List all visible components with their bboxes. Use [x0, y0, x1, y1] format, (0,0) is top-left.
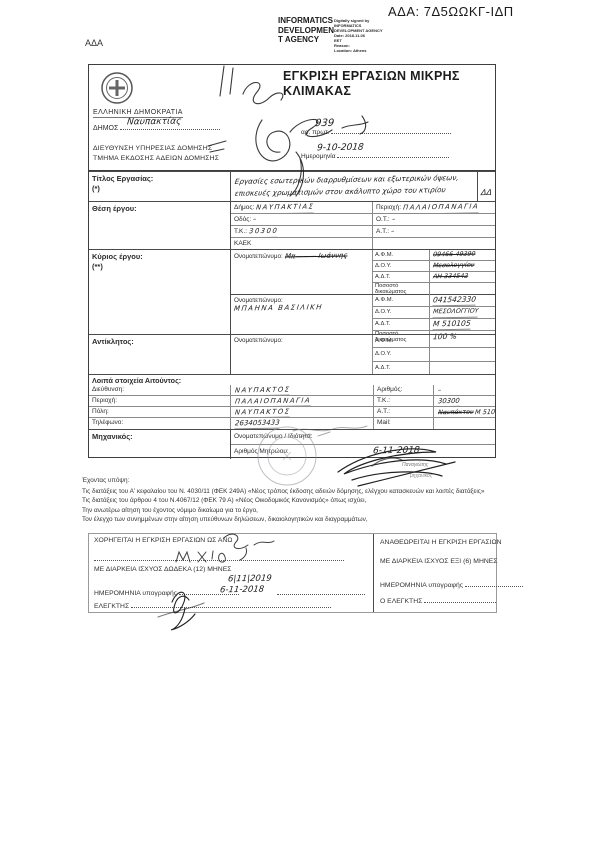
other-field-label: Α.Τ.: [374, 407, 434, 417]
date-handwritten: 9-10-2018 [316, 143, 364, 154]
inspector-line: ΕΛΕΓΚΤΗΣ [94, 601, 365, 610]
other-details-rows: Διεύθυνση: ΝΑΥΠΑΚΤΟΣ Αριθμός: – Περιοχή:… [89, 385, 495, 429]
other-field-value: 2634053433 [234, 418, 280, 429]
owner-label: Κύριος έργου: (**) [89, 250, 231, 334]
ada-code: ΑΔΑ: 7Δ5ΩΩΚΓ-ΙΔΠ [388, 4, 514, 19]
loc-field-label: Δήμος: [234, 204, 254, 211]
footnote-line: Την ανωτέρω αίτηση του έχοντος νόμιμο δι… [82, 506, 512, 516]
field-share-label: Ποσοστό δικαιώματος [373, 283, 430, 296]
owner-name-label: Ονοματεπώνυμο: [234, 253, 283, 260]
stamp-agency-line: T AGENCY [278, 35, 334, 45]
label-asterisk: (**) [92, 262, 227, 272]
location-row: Δήμος: ΝΑΥΠΑΚΤΙΑΣ Περιοχή: ΠΑΛΑΙΟΠΑΝΑΓΙΑ [231, 202, 495, 214]
field-afm-label: Α.Φ.Μ. [373, 295, 430, 306]
greek-emblem-icon [99, 70, 135, 106]
other-row: Πόλη: ΝΑΥΠΑΚΤΟΣ Α.Τ.: Ναυπάκτου Μ 510105 [89, 407, 495, 418]
field-doy-label: Δ.Ο.Υ. [373, 348, 430, 360]
corner-handwritten: ΔΔ [481, 188, 493, 197]
mechanic-registry-handwritten: 6-11-2018 [372, 444, 420, 459]
digital-signature-details: Digitally signed by INFORMATICS DEVELOPM… [334, 18, 383, 53]
signer-name: Παναγιώτης [402, 462, 428, 468]
approval-left: ΧΟΡΗΓΕΙΤΑΙ Η ΕΓΚΡΙΣΗ ΕΡΓΑΣΙΩΝ ΩΣ ΑΝΩ ΜΕ … [89, 534, 374, 612]
antiklitos-label: Αντίκλητος: [89, 335, 231, 374]
loc-field-value: – [252, 214, 256, 225]
antiklitos-name-label: Ονοματεπώνυμο: [234, 337, 283, 344]
field-doy-value: ΜΕΣΟΛΟΓΓΙΟΥ [432, 307, 479, 319]
approval-form: ΕΛΛΗΝΙΚΗ ΔΗΜΟΚΡΑΤΙΑ ΔΗΜΟΣ Ναυπακτίας ΔΙΕ… [88, 64, 496, 458]
inspector-line: Ο ΕΛΕΓΚΤΗΣ [380, 596, 523, 605]
dotted-leader-line [94, 554, 365, 563]
form-title: ΕΓΚΡΙΣΗ ΕΡΓΑΣΙΩΝ ΜΙΚΡΗΣ ΚΛΙΜΑΚΑΣ [283, 69, 489, 99]
ada-margin-label: ΑΔΑ [85, 38, 103, 48]
protocol-label: αρ. πρωτ. [301, 129, 330, 136]
field-afm-label: Α.Φ.Μ. [373, 335, 430, 347]
row-antiklitos: Αντίκλητος: Ονοματεπώνυμο: Α.Φ.Μ. Δ.Ο.Υ.… [89, 334, 495, 374]
other-field-value: Μ 510105 [475, 407, 495, 417]
other-field-value: ΠΑΛΑΙΟΠΑΝΑΓΙΑ [234, 396, 311, 406]
loc-field-label: Οδός: [234, 216, 251, 223]
location-row: Οδός: – Ο.Τ.: – [231, 214, 495, 226]
loc-field-label: Τ.Κ.: [234, 228, 247, 235]
form-header: ΕΛΛΗΝΙΚΗ ΔΗΜΟΚΡΑΤΙΑ ΔΗΜΟΣ Ναυπακτίας ΔΙΕ… [89, 65, 495, 171]
approval-right: ΑΝΑΘΕΩΡΕΙΤΑΙ Η ΕΓΚΡΙΣΗ ΕΡΓΑΣΙΩΝ ΜΕ ΔΙΑΡΚ… [374, 534, 529, 612]
grant-line: ΧΟΡΗΓΕΙΤΑΙ Η ΕΓΚΡΙΣΗ ΕΡΓΑΣΙΩΝ ΩΣ ΑΝΩ [94, 537, 365, 544]
duration-line: ΜΕ ΔΙΑΡΚΕΙΑ ΙΣΧΥΟΣ ΕΞΙ (6) ΜΗΝΕΣ [380, 558, 523, 565]
other-field-value: 30300 [437, 396, 460, 406]
footnote-line: Τον έλεγχο των συνημμένων στην αίτηση υπ… [82, 515, 512, 525]
municipality-label: ΔΗΜΟΣ [93, 125, 118, 132]
work-title-label: Τίτλος Εργασίας: (*) [89, 172, 231, 201]
mechanic-registry-line: Αριθμός Μητρώου: 6-11-2018 [231, 445, 495, 460]
loc-field-label: Περιοχή: [376, 204, 401, 211]
other-field-label: Mail: [374, 418, 434, 429]
stamp-agency-line: INFORMATICS [278, 16, 334, 26]
valid-until-handwritten: 6|11|2019 [227, 574, 272, 585]
other-field-value: ΝΑΥΠΑΚΤΟΣ [234, 385, 291, 395]
other-field-label: Πόλη: [89, 407, 231, 417]
location-label: Θέση έργου: [89, 202, 231, 249]
row-mechanic: Μηχανικός: Ονοματεπώνυμο / Ιδιότητα: Αρι… [89, 429, 495, 459]
mechanic-name-label: Ονοματεπώνυμο / Ιδιότητα: [234, 433, 313, 440]
field-adt-value: Μ 510105 [432, 319, 471, 331]
protocol-handwritten: 939 [314, 118, 334, 129]
sign-date-handwritten: 6-11-2018 [219, 585, 264, 596]
loc-field-label: ΚΑΕΚ [234, 240, 251, 247]
field-afm-value: 041542330 [432, 295, 476, 307]
footnote-line: Τις διατάξεις του άρθρου 4 του Ν.4067/12… [82, 496, 512, 506]
other-field-label: Περιοχή: [89, 396, 231, 406]
field-doy-label: Δ.Ο.Υ. [373, 261, 430, 271]
stamp-agency-line: DEVELOPMEN [278, 26, 334, 36]
loc-field-value: – [390, 226, 394, 237]
work-title-handwritten: Εργασίες εσωτερικών διαρρυθμίσεων και εξ… [231, 172, 477, 201]
field-adt-label: Α.Δ.Τ. [373, 362, 430, 374]
sign-date-line: ΗΜΕΡΟΜΗΝΙΑ υπογραφής [380, 580, 523, 589]
loc-field-value: 30300 [248, 226, 278, 237]
other-field-label: Αριθμός: [374, 385, 434, 395]
row-work-title: Τίτλος Εργασίας: (*) Εργασίες εσωτερικών… [89, 171, 495, 201]
loc-field-value: – [391, 214, 395, 225]
owner-name-value: Μπ——— Ιωάννης [284, 251, 347, 260]
loc-field-label: Ο.Τ.: [376, 216, 390, 223]
row-owner: Κύριος έργου: (**) Ονοματεπώνυμο: Μπ——— … [89, 249, 495, 334]
field-afm-label: Α.Φ.Μ. [373, 250, 430, 260]
other-field-value: – [437, 385, 441, 395]
municipality-handwritten: Ναυπακτίας [126, 117, 181, 128]
other-field-label: Τ.Κ.: [374, 396, 434, 406]
other-field-value-struck: Ναυπάκτου [437, 408, 474, 417]
other-row: Περιοχή: ΠΑΛΑΙΟΠΑΝΑΓΙΑ Τ.Κ.: 30300 [89, 396, 495, 407]
location-row: Τ.Κ.: 30300 Α.Τ.: – [231, 226, 495, 238]
owner-block-struck: Ονοματεπώνυμο: Μπ——— Ιωάννης Α.Φ.Μ.09466… [231, 250, 495, 295]
label-text: Κύριος έργου: [92, 252, 227, 262]
directorate-label: ΔΙΕΥΘΥΝΣΗ ΥΠΗΡΕΣΙΑΣ ΔΟΜΗΣΗΣ [93, 145, 212, 152]
field-adt-label: Α.Δ.Τ. [373, 319, 430, 330]
other-row: Διεύθυνση: ΝΑΥΠΑΚΤΟΣ Αριθμός: – [89, 385, 495, 396]
field-afm-value: 09466-49390 [432, 250, 475, 261]
mechanic-name-line: Ονοματεπώνυμο / Ιδιότητα: [231, 430, 495, 445]
owner-name-value: ΜΠΑΗΝΑ ΒΑΣΙΛΙΚΗ [233, 303, 323, 313]
mechanic-registry-label: Αριθμός Μητρώου: [234, 448, 289, 455]
work-title-line2: επισκευές χρωματισμών στον ακάλυπτο χώρο… [234, 184, 446, 199]
other-details-header: Λοιπά στοιχεία Αιτούντος: [89, 374, 495, 385]
date-label: Ημερομηνία [301, 153, 335, 160]
loc-field-label: Α.Τ.: [376, 228, 389, 235]
digital-signature-stamp: INFORMATICS DEVELOPMEN T AGENCY [278, 16, 334, 45]
owner-block-active: Ονοματεπώνυμο: ΜΠΑΗΝΑ ΒΑΣΙΛΙΚΗ Α.Φ.Μ.041… [231, 295, 495, 335]
row-location: Θέση έργου: Δήμος: ΝΑΥΠΑΚΤΙΑΣ Περιοχή: Π… [89, 201, 495, 249]
scanned-document-page: { "page": { "ada_corner": "ΑΔΑ", "ada_co… [0, 0, 595, 842]
field-adt-label: Α.Δ.Τ. [373, 272, 430, 282]
field-doy-label: Δ.Ο.Υ. [373, 307, 430, 318]
loc-field-value: ΠΑΛΑΙΟΠΑΝΑΓΙΑ [402, 202, 479, 213]
label-asterisk: (*) [92, 184, 227, 194]
footnote-line: Τις διατάξεις του Α' κεφαλαίου του Ν. 40… [82, 487, 512, 497]
mechanic-label: Μηχανικός: [89, 430, 231, 459]
loc-field-value: ΝΑΥΠΑΚΤΙΑΣ [255, 202, 315, 213]
work-title-corner-cell: ΔΔ [477, 172, 495, 201]
approval-section: ΧΟΡΗΓΕΙΤΑΙ Η ΕΓΚΡΙΣΗ ΕΡΓΑΣΙΩΝ ΩΣ ΑΝΩ ΜΕ … [88, 533, 497, 613]
duration-line: ΜΕ ΔΙΑΡΚΕΙΑ ΙΣΧΥΟΣ ΔΩΔΕΚΑ (12) ΜΗΝΕΣ [94, 566, 365, 573]
other-field-label: Διεύθυνση: [89, 385, 231, 395]
revise-line: ΑΝΑΘΕΩΡΕΙΤΑΙ Η ΕΓΚΡΙΣΗ ΕΡΓΑΣΙΩΝ [380, 539, 523, 546]
stamp-detail-line: Location: Athens [334, 48, 383, 53]
footnote-heading: Έχοντας υπόψη: [82, 476, 512, 486]
dotted-leader [331, 127, 451, 134]
other-field-label: Τηλέφωνο: [89, 418, 231, 429]
field-adt-value: ΑΗ 334542 [432, 272, 468, 283]
legal-footnotes: Έχοντας υπόψη: Τις διατάξεις του Α' κεφα… [82, 476, 512, 525]
owner-name-label: Ονοματεπώνυμο: [234, 297, 283, 304]
other-row: Τηλέφωνο: 2634053433 Mail: [89, 418, 495, 429]
label-text: Τίτλος Εργασίας: [92, 174, 227, 184]
department-label: ΤΜΗΜΑ ΕΚΔΟΣΗΣ ΑΔΕΙΩΝ ΔΟΜΗΣΗΣ [93, 155, 219, 162]
other-field-value: ΝΑΥΠΑΚΤΟΣ [234, 407, 291, 417]
field-doy-value: Μεσολογγίου [432, 261, 474, 272]
